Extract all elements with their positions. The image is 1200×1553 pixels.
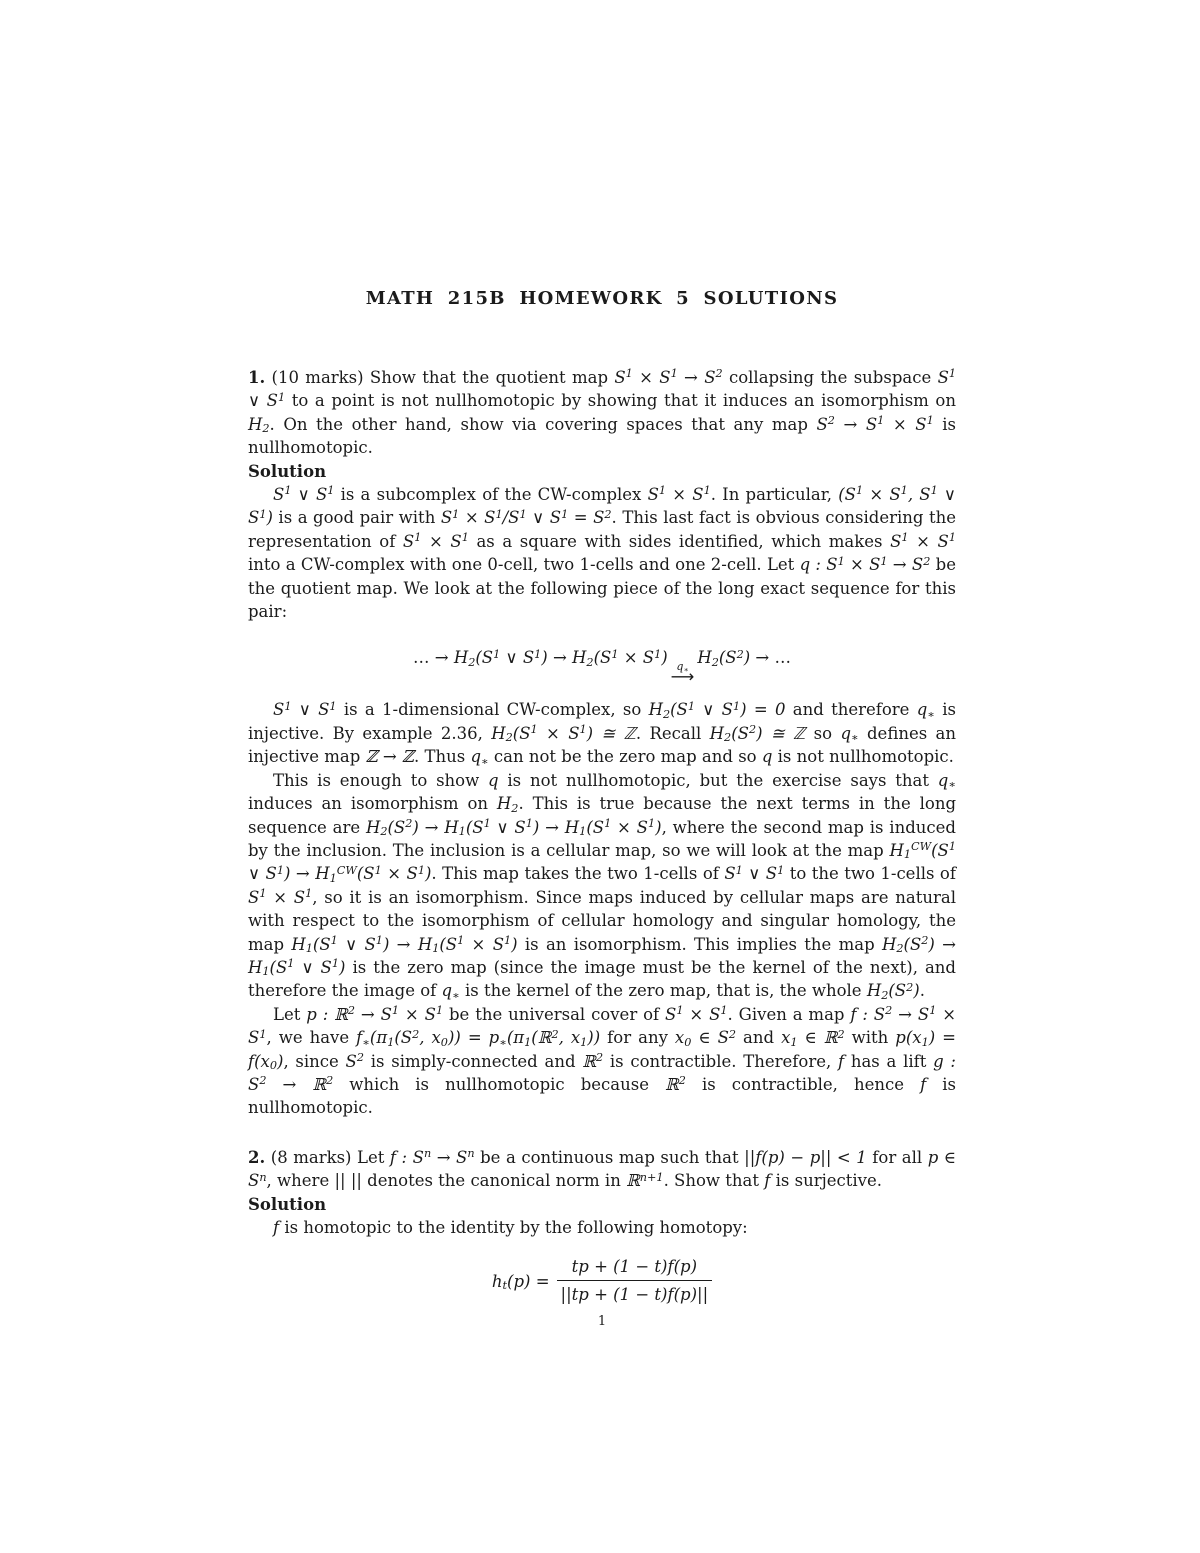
- page-title: MATH 215B HOMEWORK 5 SOLUTIONS: [248, 288, 956, 310]
- problem-2-statement: 2. (8 marks) Let f : Sn → Sn be a contin…: [248, 1146, 956, 1193]
- page-number: 1: [248, 1314, 956, 1330]
- problem-1-solution-label: Solution: [248, 460, 956, 483]
- problem-1-statement-text: (10 marks) Show that the quotient map S1…: [248, 368, 956, 457]
- equation-left-part: … → H2(S1 ∨ S1) → H2(S1 × S1): [413, 648, 668, 667]
- problem-2-statement-text: (8 marks) Let f : Sn → Sn be a continuou…: [248, 1148, 956, 1190]
- problem-1-statement: 1. (10 marks) Show that the quotient map…: [248, 366, 956, 460]
- problem-2-number: 2.: [248, 1148, 265, 1167]
- homotopy-formula: ht(p) = tp + (1 − t)f(p) ||tp + (1 − t)f…: [248, 1257, 956, 1305]
- document-page: MATH 215B HOMEWORK 5 SOLUTIONS 1. (10 ma…: [0, 0, 1200, 1553]
- text-column: MATH 215B HOMEWORK 5 SOLUTIONS 1. (10 ma…: [248, 0, 956, 1330]
- fraction-numerator: tp + (1 − t)f(p): [557, 1257, 713, 1280]
- fraction-denominator: ||tp + (1 − t)f(p)||: [557, 1280, 713, 1305]
- long-exact-sequence-equation: … → H2(S1 ∨ S1) → H2(S1 × S1)q∗⟶H2(S2) →…: [248, 643, 956, 685]
- solution-1-paragraph-1: S1 ∨ S1 is a subcomplex of the CW-comple…: [248, 483, 956, 623]
- solution-1-paragraph-4: Let p : ℝ2 → S1 × S1 be the universal co…: [248, 1003, 956, 1120]
- formula-fraction: tp + (1 − t)f(p) ||tp + (1 − t)f(p)||: [557, 1257, 713, 1305]
- solution-2-paragraph-1: f is homotopic to the identity by the fo…: [248, 1216, 956, 1239]
- solution-1-paragraph-3: This is enough to show q is not nullhomo…: [248, 769, 956, 1003]
- equation-right-part: H2(S2) → …: [697, 648, 791, 667]
- solution-1-paragraph-2: S1 ∨ S1 is a 1-dimensional CW-complex, s…: [248, 698, 956, 768]
- labeled-arrow: q∗⟶: [671, 661, 695, 685]
- problem-1-number: 1.: [248, 368, 265, 387]
- formula-lhs: ht(p) =: [492, 1272, 550, 1291]
- problem-2-solution-label: Solution: [248, 1193, 956, 1216]
